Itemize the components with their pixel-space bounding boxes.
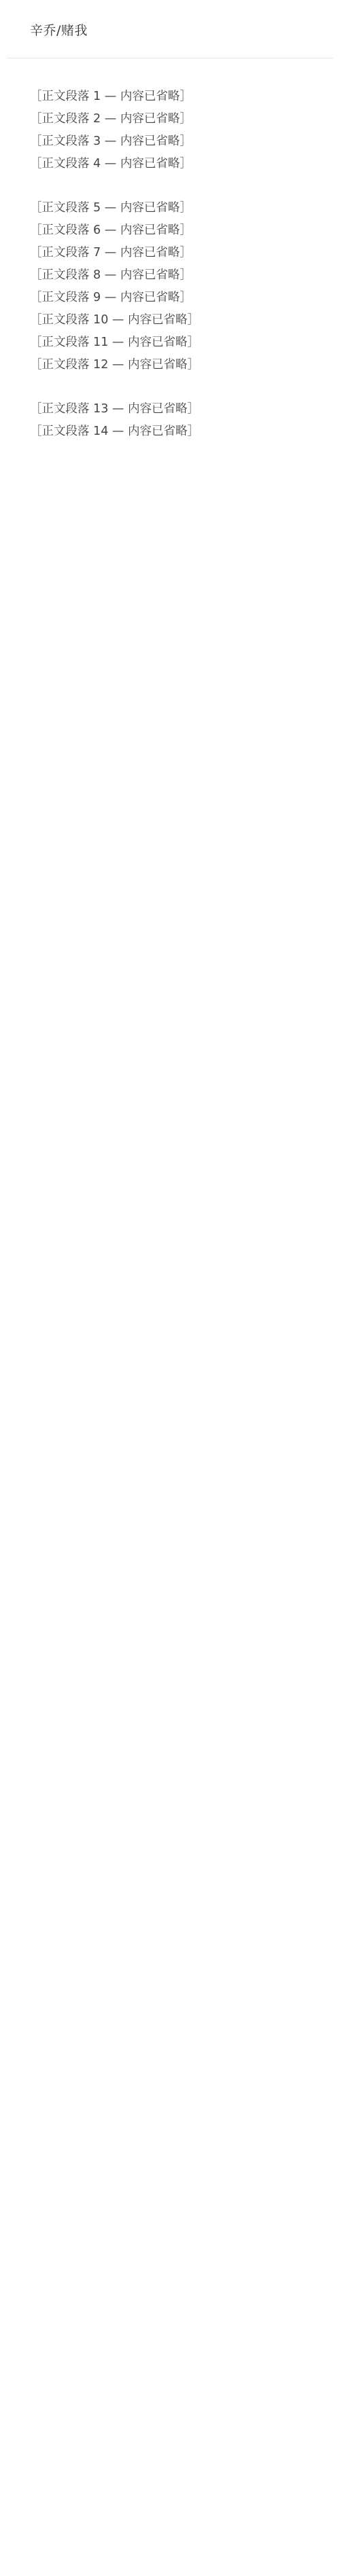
paragraph: ［正文段落 9 — 内容已省略］	[30, 287, 310, 309]
article-section: ［正文段落 5 — 内容已省略］ ［正文段落 6 — 内容已省略］ ［正文段落 …	[30, 197, 310, 376]
paragraph: ［正文段落 11 — 内容已省略］	[30, 332, 310, 354]
page-title: 辛乔/赌我	[30, 20, 88, 39]
paragraph: ［正文段落 1 — 内容已省略］	[30, 86, 310, 108]
article-section: ［正文段落 13 — 内容已省略］ ［正文段落 14 — 内容已省略］	[30, 398, 310, 443]
paragraph: ［正文段落 14 — 内容已省略］	[30, 421, 310, 443]
article-section: ［正文段落 1 — 内容已省略］ ［正文段落 2 — 内容已省略］ ［正文段落 …	[30, 86, 310, 175]
article-body: ［正文段落 1 — 内容已省略］ ［正文段落 2 — 内容已省略］ ［正文段落 …	[0, 58, 340, 492]
paragraph: ［正文段落 6 — 内容已省略］	[30, 219, 310, 242]
paragraph: ［正文段落 5 — 内容已省略］	[30, 197, 310, 219]
paragraph: ［正文段落 2 — 内容已省略］	[30, 108, 310, 130]
page-header: 辛乔/赌我	[0, 0, 340, 58]
paragraph: ［正文段落 13 — 内容已省略］	[30, 398, 310, 421]
paragraph: ［正文段落 10 — 内容已省略］	[30, 309, 310, 332]
paragraph: ［正文段落 3 — 内容已省略］	[30, 130, 310, 153]
paragraph: ［正文段落 4 — 内容已省略］	[30, 153, 310, 175]
paragraph: ［正文段落 12 — 内容已省略］	[30, 354, 310, 376]
paragraph: ［正文段落 7 — 内容已省略］	[30, 242, 310, 264]
paragraph: ［正文段落 8 — 内容已省略］	[30, 264, 310, 287]
